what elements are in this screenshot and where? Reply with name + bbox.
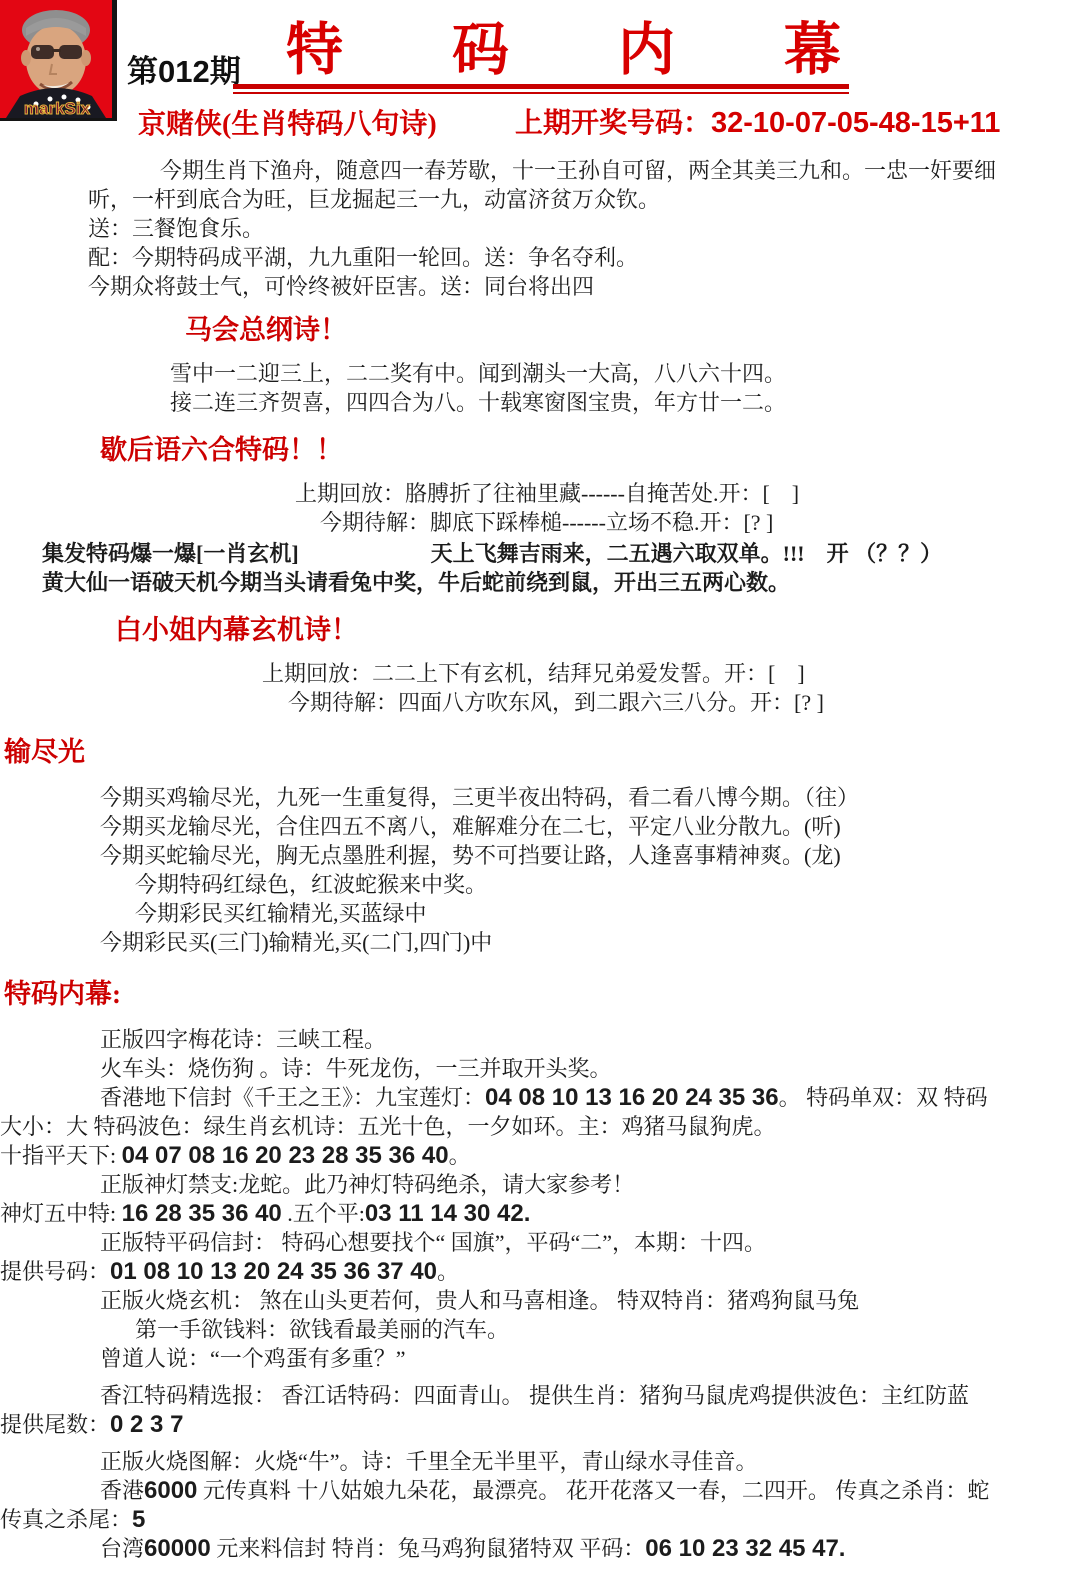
text-segment: 今期彩民买(三门)输精光,买(二门,四门)中 [100,930,492,955]
last-draw-result: 上期开奖号码：32-10-07-05-48-15+11 [515,101,1000,141]
text-segment: 今期待解：脚底下踩棒槌------立场不稳.开：[? ] [320,510,773,535]
shujinguang-line: 今期买蛇输尽光，胸无点墨胜利握，势不可挡要让路，人逢喜事精神爽。(龙) [100,841,1068,870]
text-segment: 今期待解：四面八方吹东风，到二跟六三八分。开：[? ] [288,690,824,715]
shujinguang-line: 今期买鸡输尽光，九死一生重复得，三更半夜出特码，看二看八博今期。（往） [100,783,1068,812]
text-segment: 。 [437,1259,459,1284]
text-segment: 今期彩民买红输精光,买蓝绿中 [135,901,427,926]
number-group: 0 2 3 7 [110,1411,183,1438]
neimu-line: 正版特平码信封： 特码心想要找个“ 国旗”，平码“二”，本期：十四。 [100,1228,1068,1257]
text-segment: 香港 [100,1478,144,1503]
shujinguang-line: 今期彩民买(三门)输精光,买(二门,四门)中 [100,928,1068,957]
text-segment: 香港地下信封《千王之王》：九宝莲灯： [100,1085,485,1110]
text-segment: 集发特码爆一爆[一肖玄机] 天上飞舞吉雨来，二五遇六取双单。!!! 开 （？？） [42,541,942,566]
text-segment: 曾道人说：“一个鸡蛋有多重？” [100,1346,406,1371]
page-header: markSix 第012期 特 码 内 幕 京赌侠(生肖特码八句诗) 上期开奖号… [0,0,1068,150]
heading-mahui: 马会总纲诗！ [185,313,1068,347]
number-group: 06 10 23 32 45 47. [645,1535,845,1562]
text-segment: 今期众将鼓士气，可怜终被奸臣害。送：同台将出四 [88,274,594,299]
neimu-line: 火车头：烧伤狗 。诗：牛死龙伤，一三并取开头奖。 [100,1054,1068,1083]
neimu-line: 正版火烧玄机： 煞在山头更若何，贵人和马喜相逢。 特双特肖：猪鸡狗鼠马兔 [100,1286,1068,1315]
mahui-line: 接二连三齐贺喜，四四合为八。十载寒窗图宝贵，年方廿一二。 [170,388,1068,417]
page-title: 特 码 内 幕 [286,4,867,86]
jifa-line: 集发特码爆一爆[一肖玄机] 天上飞舞吉雨来，二五遇六取双单。!!! 开 （？？） [42,539,1068,568]
neimu-line: 香港地下信封《千王之王》：九宝莲灯：04 08 10 13 16 20 24 3… [100,1083,1068,1112]
number-group: 01 08 10 13 20 24 35 36 37 40 [110,1258,437,1285]
neimu-line: 香港6000 元传真料 十八姑娘九朵花，最漂亮。 花开花落又一春，二四开。 传真… [100,1476,1068,1505]
xiehouyu-last-line: 上期回放：胳膊折了往袖里藏------自掩苦处.开：[ ] [295,479,1068,508]
text-segment: 元来料信封 特肖：兔马鸡狗鼠猪特双 平码： [211,1536,646,1561]
mahui-line: 雪中一二迎三上，二二奖有中。闻到潮头一大高，八八六十四。 [170,359,1068,388]
text-segment: 雪中一二迎三上，二二奖有中。闻到潮头一大高，八八六十四。 [170,361,786,386]
neimu-line: 提供号码：01 08 10 13 20 24 35 36 37 40。 [0,1257,1068,1286]
text-segment: 接二连三齐贺喜，四四合为八。十载寒窗图宝贵，年方廿一二。 [170,390,786,415]
neimu-line: 香江特码精选报： 香江话特码：四面青山。 提供生肖：猪狗马鼠虎鸡提供波色：主红防… [100,1381,1068,1410]
shujinguang-line: 今期买龙输尽光，合住四五不离八，难解难分在二七，平定八业分散九。(听) [100,812,1068,841]
text-segment: 正版四字梅花诗：三峡工程。 [100,1027,386,1052]
text-segment: 送：三餐饱食乐。 [88,216,264,241]
number-group: 60000 [144,1535,211,1562]
number-group: 16 28 35 36 40 [122,1200,282,1227]
heading-shujinguang: 输尽光 [4,735,1068,769]
baixiaojie-line: 上期回放：二二上下有玄机，结拜兄弟爱发誓。开：[ ] [262,659,1068,688]
neimu-line: 提供尾数：0 2 3 7 [0,1410,1068,1439]
text-segment: 元传真料 十八姑娘九朵花，最漂亮。 花开花落又一春，二四开。 传真之杀肖：蛇 [197,1478,989,1503]
text-segment: 上期回放：胳膊折了往袖里藏------自掩苦处.开：[ ] [295,481,799,506]
text-segment: 配：今期特码成平湖，九九重阳一轮回。送：争名夺利。 [88,245,638,270]
neimu-line: 神灯五中特: 16 28 35 36 40 .五个平:03 11 14 30 4… [0,1199,1068,1228]
text-segment: 歇后语六合特码！！ [100,435,343,465]
neimu-line: 大小：大 特码波色：绿生肖玄机诗：五光十色，一夕如环。主：鸡猪马鼠狗虎。 [0,1112,1068,1141]
text-segment: 今期特码红绿色，红波蛇猴来中奖。 [135,872,487,897]
text-segment: 今期买蛇输尽光，胸无点墨胜利握，势不可挡要让路，人逢喜事精神爽。(龙) [100,843,841,868]
title-underline [233,84,849,94]
text-segment: 正版特平码信封： 特码心想要找个“ 国旗”，平码“二”，本期：十四。 [100,1230,766,1255]
content-body: 今期生肖下渔舟，随意四一春芳歇，十一王孙自可留，两全其美三九和。一忠一奸要细听，… [0,150,1068,1563]
neimu-line: 台湾60000 元来料信封 特肖：兔马鸡狗鼠猪特双 平码：06 10 23 32… [100,1534,1068,1563]
baixiaojie-line: 今期待解：四面八方吹东风，到二跟六三八分。开：[? ] [288,688,1068,717]
text-segment: 提供尾数： [0,1412,110,1437]
number-group: 04 07 08 16 20 23 28 35 36 40 [122,1142,449,1169]
neimu-line: 正版火烧图解：火烧“牛”。诗：千里全无半里平，青山绿水寻佳音。 [100,1447,1068,1476]
text-segment: 香江特码精选报： 香江话特码：四面青山。 提供生肖：猪狗马鼠虎鸡提供波色：主红防… [100,1383,969,1408]
text-segment: 上期回放：二二上下有玄机，结拜兄弟爱发誓。开：[ ] [262,661,805,686]
text-segment: 正版神灯禁支:龙蛇。此乃神灯特码绝杀，请大家参考！ [100,1172,634,1197]
issue-number: 第012期 [127,46,241,91]
text-segment: 输尽光 [4,737,85,767]
text-segment: 马会总纲诗！ [185,315,347,345]
text-segment: 。 特码单双：双 特码 [779,1085,988,1110]
text-segment: 黄大仙一语破天机今期当头请看兔中奖，牛后蛇前绕到鼠，开出三五两心数。 [42,570,790,595]
neimu-line: 十指平天下: 04 07 08 16 20 23 28 35 36 40。 [0,1141,1068,1170]
text-segment: 今期买鸡输尽光，九死一生重复得，三更半夜出特码，看二看八博今期。（往） [100,785,859,810]
neimu-line: 传真之杀尾：5 [0,1505,1068,1534]
text-segment: 第一手欲钱料：欲钱看最美丽的汽车。 [135,1317,509,1342]
number-group: 04 08 10 13 16 20 24 35 36 [485,1084,779,1111]
xiehouyu-current-line: 今期待解：脚底下踩棒槌------立场不稳.开：[? ] [320,508,1068,537]
text-segment: 大小：大 特码波色：绿生肖玄机诗：五光十色，一夕如环。主：鸡猪马鼠狗虎。 [0,1114,776,1139]
huangdaxian-line: 黄大仙一语破天机今期当头请看兔中奖，牛后蛇前绕到鼠，开出三五两心数。 [42,568,1068,597]
subtitle-poem-label: 京赌侠(生肖特码八句诗) [138,102,437,142]
poem-line: 听，一杆到底合为旺，巨龙掘起三一九，动富济贫万众钦。 [88,185,1068,214]
neimu-line: 第一手欲钱料：欲钱看最美丽的汽车。 [135,1315,1068,1344]
neimu-line: 曾道人说：“一个鸡蛋有多重？” [100,1344,1068,1373]
marksix-logo-text: markSix [24,99,91,118]
poem-line: 今期生肖下渔舟，随意四一春芳歇，十一王孙自可留，两全其美三九和。一忠一奸要细 [160,156,1068,185]
text-segment: 正版火烧图解：火烧“牛”。诗：千里全无半里平，青山绿水寻佳音。 [100,1449,758,1474]
marksix-photo: markSix [0,0,117,121]
text-segment: 白小姐内幕玄机诗！ [115,615,358,645]
text-segment: 特码内幕: [4,979,121,1009]
poem-line: 配：今期特码成平湖，九九重阳一轮回。送：争名夺利。 [88,243,1068,272]
shujinguang-line: 今期特码红绿色，红波蛇猴来中奖。 [135,870,1068,899]
number-group: 03 11 14 30 42. [365,1200,531,1227]
heading-temaneimu: 特码内幕: [4,977,1068,1011]
number-group: 6000 [144,1477,197,1504]
text-segment: 火车头：烧伤狗 。诗：牛死龙伤，一三并取开头奖。 [100,1056,612,1081]
text-segment: 。 [449,1143,471,1168]
last-draw-numbers: 32-10-07-05-48-15+11 [711,107,1000,139]
neimu-line: 正版四字梅花诗：三峡工程。 [100,1025,1068,1054]
text-segment: 今期买龙输尽光，合住四五不离八，难解难分在二七，平定八业分散九。(听) [100,814,841,839]
poem-line: 今期众将鼓士气，可怜终被奸臣害。送：同台将出四 [88,272,1068,301]
heading-baixiaojie: 白小姐内幕玄机诗！ [115,613,1068,647]
man-portrait-icon: markSix [0,0,112,118]
number-group: 5 [132,1506,145,1533]
text-segment: 十指平天下: [0,1143,122,1168]
text-segment: .五个平: [282,1201,365,1226]
neimu-line: 正版神灯禁支:龙蛇。此乃神灯特码绝杀，请大家参考！ [100,1170,1068,1199]
last-draw-label: 上期开奖号码： [515,108,711,139]
text-segment: 传真之杀尾： [0,1507,132,1532]
text-segment: 今期生肖下渔舟，随意四一春芳歇，十一王孙自可留，两全其美三九和。一忠一奸要细 [160,158,996,183]
text-segment: 神灯五中特: [0,1201,122,1226]
shujinguang-line: 今期彩民买红输精光,买蓝绿中 [135,899,1068,928]
poem-line: 送：三餐饱食乐。 [88,214,1068,243]
text-segment: 提供号码： [0,1259,110,1284]
text-segment: 正版火烧玄机： 煞在山头更若何，贵人和马喜相逢。 特双特肖：猪鸡狗鼠马兔 [100,1288,859,1313]
heading-xiehouyu: 歇后语六合特码！！ [100,433,1068,467]
text-segment: 听，一杆到底合为旺，巨龙掘起三一九，动富济贫万众钦。 [88,187,660,212]
text-segment: 台湾 [100,1536,144,1561]
